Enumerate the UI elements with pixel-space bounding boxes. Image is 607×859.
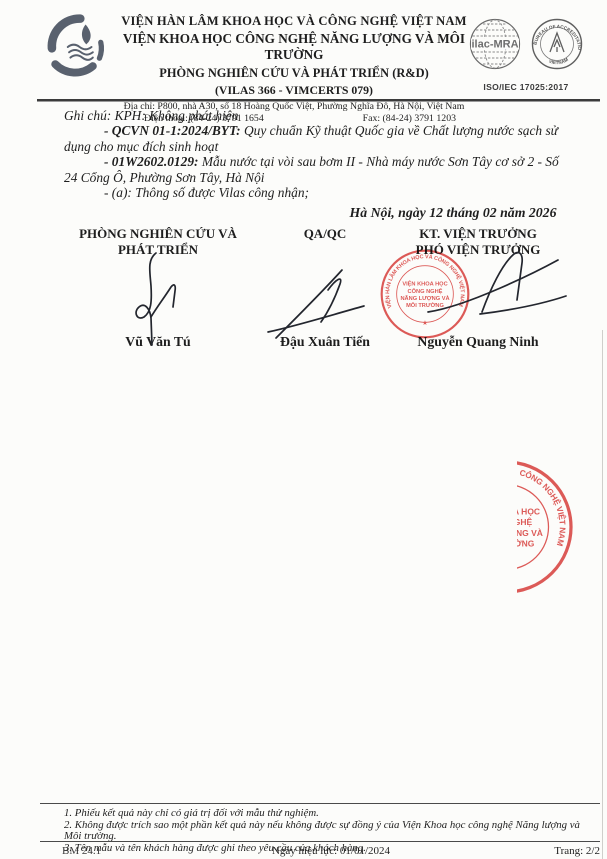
- note-qcvn-label: - QCVN 01-1:2024/BYT:: [104, 123, 241, 138]
- org-name-institute: VIỆN KHOA HỌC CÔNG NGHỆ NĂNG LƯỢNG VÀ MÔ…: [118, 31, 470, 63]
- partial-overlap-stamp: VIỆN HÀN LÂM KHOA HỌC VÀ CÔNG NGHỆ VIỆT …: [517, 450, 581, 606]
- signer-title-line1: QA/QC: [265, 226, 385, 242]
- note-sample: - 01W2602.0129: Mẫu nước tại vòi sau bơm…: [64, 154, 574, 185]
- signer-title-line1: KT. VIỆN TRƯỞNG: [392, 226, 564, 242]
- official-red-stamp-partial: VIỆN HÀN LÂM KHOA HỌC VÀ CÔNG NGHỆ VIỆT …: [517, 452, 581, 602]
- signer-title-line1: PHÒNG NGHIÊN CỨU VÀ: [58, 226, 258, 242]
- document-page: VIỆN HÀN LÂM KHOA HỌC VÀ CÔNG NGHỆ VIỆT …: [0, 0, 607, 859]
- signature-vu-van-tu: [114, 250, 192, 350]
- note-legend: Ghi chú: KPH: Không phát hiện: [64, 108, 574, 123]
- form-code: BM 24.1: [40, 845, 182, 857]
- accreditation-logos: ilac-MRA BUREAU OF ACCREDITATION VIETNAM: [466, 16, 586, 72]
- footer-note-1: 1. Phiếu kết quả này chỉ có giá trị đối …: [64, 808, 600, 820]
- signer-title: QA/QC: [265, 226, 385, 242]
- boa-arc-bottom-label: VIETNAM: [548, 57, 569, 65]
- institute-logo-icon: [44, 14, 110, 80]
- page-number: Trang: 2/2: [480, 845, 600, 857]
- footer-divider-bottom: [40, 841, 600, 842]
- ilac-mra-icon: ilac-MRA: [471, 20, 520, 69]
- notes-block: Ghi chú: KPH: Không phát hiện - QCVN 01-…: [64, 108, 574, 200]
- date-place-line: Hà Nội, ngày 12 tháng 02 năm 2026: [330, 205, 576, 221]
- note-sample-label: - 01W2602.0129:: [104, 154, 198, 169]
- footer-note-2: 2. Không được trích sao một phần kết quả…: [64, 820, 600, 843]
- scan-edge-line: [602, 330, 603, 859]
- effective-date: Ngày hiệu lực: 01/01/2024: [182, 845, 480, 857]
- signature-nguyen-quang-ninh: [424, 248, 572, 336]
- org-name-parent: VIỆN HÀN LÂM KHOA HỌC VÀ CÔNG NGHỆ VIỆT …: [118, 14, 470, 29]
- svg-text:VIETNAM: VIETNAM: [548, 57, 569, 65]
- signature-dau-xuan-tien: [266, 262, 368, 350]
- logo-drop-shape: [82, 25, 91, 45]
- accreditation-codes: (VILAS 366 - VIMCERTS 079): [118, 83, 470, 98]
- department-name: PHÒNG NGHIÊN CỨU VÀ PHÁT TRIỂN (R&D): [118, 66, 470, 81]
- stamp-center-line: NĂNG LƯỢNG VÀ: [517, 528, 543, 538]
- note-qcvn: - QCVN 01-1:2024/BYT: Quy chuẩn Kỹ thuật…: [64, 123, 574, 154]
- header-divider: [37, 99, 600, 102]
- footer-meta-row: BM 24.1 Ngày hiệu lực: 01/01/2024 Trang:…: [40, 845, 600, 857]
- stamp-center-line: CÔNG NGHỆ: [517, 516, 533, 527]
- stamp-center-line: MÔI TRƯỜNG: [517, 537, 535, 548]
- iso-standard-label: ISO/IEC 17025:2017: [466, 82, 586, 92]
- stamp-center-line: VIỆN KHOA HỌC: [517, 506, 540, 517]
- ilac-mra-label: ilac-MRA: [471, 39, 518, 51]
- footer-divider-top: [40, 803, 600, 804]
- note-vilas: - (a): Thông số được Vilas công nhận;: [64, 185, 574, 200]
